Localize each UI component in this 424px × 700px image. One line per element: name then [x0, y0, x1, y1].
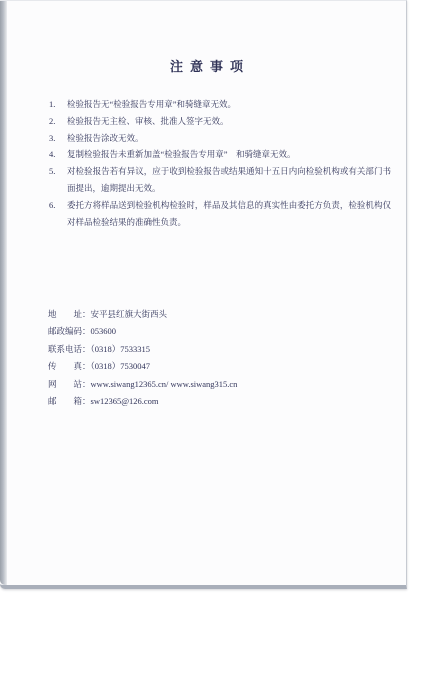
scanned-document-view: 注意事项 1. 检验报告无“检验报告专用章”和骑缝章无效。 2. 检验报告无主检…	[0, 0, 424, 700]
notice-item: 6. 委托方将样品送到检验机构检验时，样品及其信息的真实性由委托方负责，检验机构…	[49, 197, 391, 231]
contact-value: （0318）7530047	[91, 361, 151, 371]
contact-line-fax: 传 真：（0318）7530047	[48, 358, 237, 375]
item-text: 委托方将样品送到检验机构检验时，样品及其信息的真实性由委托方负责，检验机构仅对样…	[67, 197, 391, 231]
contact-block: 地 址：安平县红旗大街西头 邮政编码：053600 联系电话：（0318）753…	[48, 306, 237, 410]
item-text: 检验报告无“检验报告专用章”和骑缝章无效。	[67, 96, 391, 113]
document-page: 注意事项 1. 检验报告无“检验报告专用章”和骑缝章无效。 2. 检验报告无主检…	[0, 0, 407, 589]
contact-line-address: 地 址：安平县红旗大街西头	[48, 306, 237, 323]
contact-value: www.siwang12365.cn/ www.siwang315.cn	[91, 379, 238, 389]
scan-left-edge	[0, 1, 7, 585]
contact-value: 安平县红旗大街西头	[91, 309, 168, 319]
contact-label: 邮 箱：	[48, 396, 91, 406]
contact-value: （0318）7533315	[91, 344, 151, 354]
item-number: 4.	[49, 146, 67, 163]
contact-line-phone: 联系电话：（0318）7533315	[48, 341, 237, 358]
contact-line-website: 网 站：www.siwang12365.cn/ www.siwang315.cn	[48, 376, 237, 393]
page-title: 注意事项	[7, 56, 406, 75]
contact-label: 联系电话：	[48, 344, 91, 354]
item-number: 1.	[49, 96, 67, 113]
item-text: 对检验报告若有异议，应于收到检验报告或结果通知十五日内向检验机构或有关部门书面提…	[67, 163, 391, 197]
notice-list: 1. 检验报告无“检验报告专用章”和骑缝章无效。 2. 检验报告无主检、审核、批…	[49, 96, 391, 230]
item-text: 检验报告无主检、审核、批准人签字无效。	[67, 113, 391, 130]
contact-value: sw12365@126.com	[91, 396, 159, 406]
item-text: 复制检验报告未重新加盖“检验报告专用章” 和骑缝章无效。	[67, 146, 391, 163]
notice-item: 3. 检验报告涂改无效。	[49, 130, 391, 147]
item-number: 3.	[49, 130, 67, 147]
notice-item: 1. 检验报告无“检验报告专用章”和骑缝章无效。	[49, 96, 391, 113]
notice-item: 2. 检验报告无主检、审核、批准人签字无效。	[49, 113, 391, 130]
contact-label: 传 真：	[48, 361, 91, 371]
notice-item: 4. 复制检验报告未重新加盖“检验报告专用章” 和骑缝章无效。	[49, 146, 391, 163]
item-number: 6.	[49, 197, 67, 231]
item-number: 2.	[49, 113, 67, 130]
contact-label: 地 址：	[48, 309, 91, 319]
contact-label: 网 站：	[48, 379, 91, 389]
item-number: 5.	[49, 163, 67, 197]
item-text: 检验报告涂改无效。	[67, 130, 391, 147]
contact-line-email: 邮 箱：sw12365@126.com	[48, 393, 237, 410]
notice-item: 5. 对检验报告若有异议，应于收到检验报告或结果通知十五日内向检验机构或有关部门…	[49, 163, 391, 197]
contact-label: 邮政编码：	[48, 326, 91, 336]
contact-value: 053600	[91, 326, 117, 336]
contact-line-postcode: 邮政编码：053600	[48, 323, 237, 340]
